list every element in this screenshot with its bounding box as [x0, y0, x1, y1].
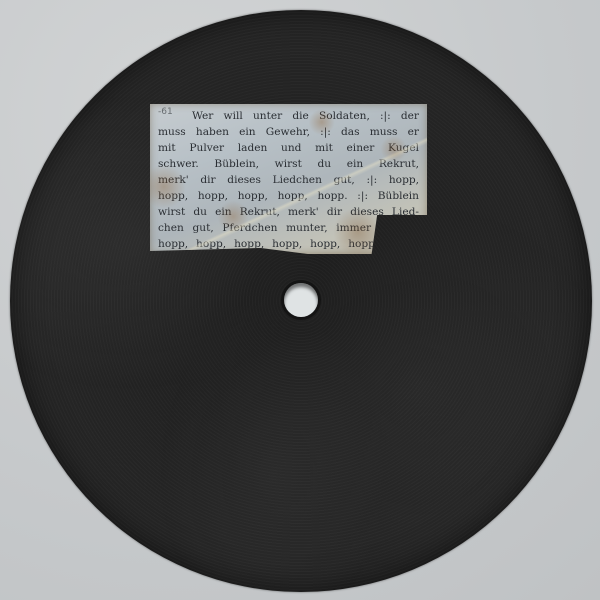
lyrics-line: Wer will unter die Soldaten, :|: der [158, 108, 419, 124]
lyrics-line: merk' dir dieses Liedchen gut, :|: hopp, [158, 172, 419, 188]
lyrics-line: muss haben ein Gewehr, :|: das muss er [158, 124, 419, 140]
lyrics-line: schwer. Büblein, wirst du ein Rekrut, [158, 156, 419, 172]
lyrics-line: hopp, hopp, hopp, hopp, hopp. :|: Büblei… [158, 188, 419, 204]
spindle-hole [284, 283, 318, 317]
lyrics-line: mit Pulver laden und mit einer Kugel [158, 140, 419, 156]
